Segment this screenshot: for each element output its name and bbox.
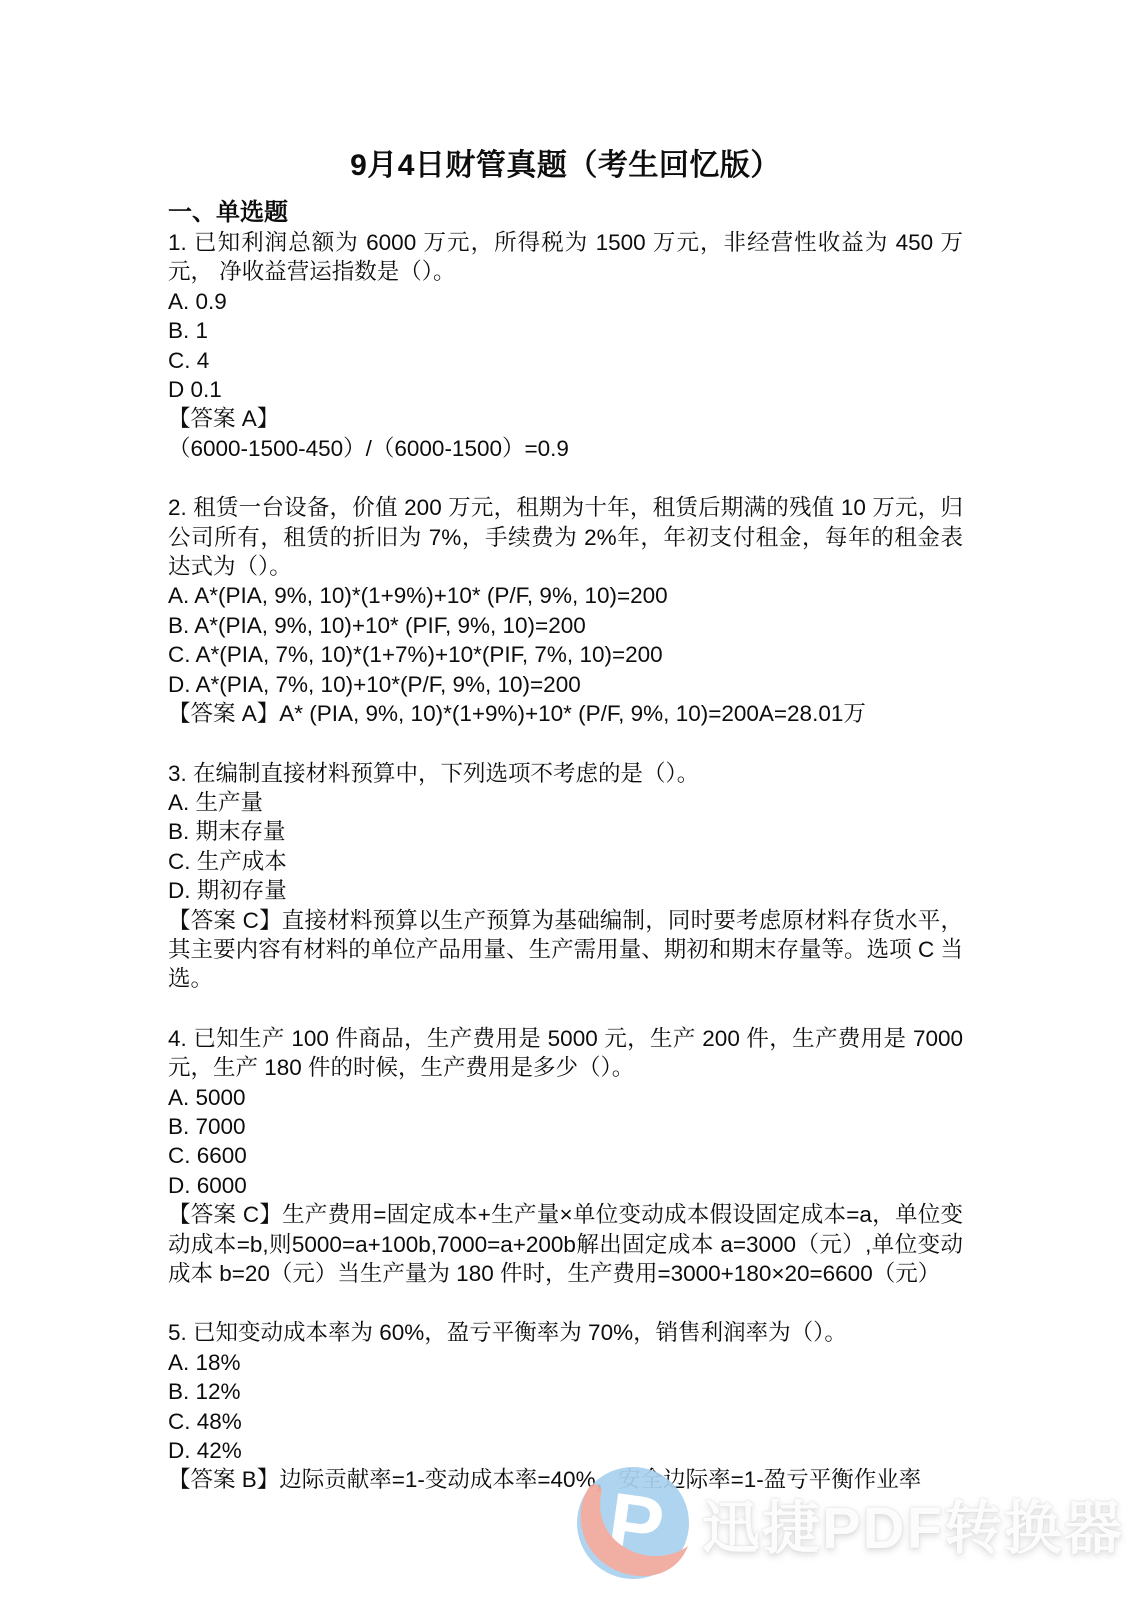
question-4: 4. 已知生产 100 件商品，生产费用是 5000 元，生产 200 件，生产…: [168, 1024, 963, 1289]
question-1-option-d: D 0.1: [168, 375, 963, 404]
document-title: 9月4日财管真题（考生回忆版）: [168, 148, 963, 184]
section-heading: 一、单选题: [168, 197, 963, 228]
question-3-option-c: C. 生产成本: [168, 847, 963, 876]
question-5-option-c: C. 48%: [168, 1407, 963, 1436]
question-3-answer: 【答案 C】直接材料预算以生产预算为基础编制，同时要考虑原材料存货水平，其主要内…: [168, 906, 963, 994]
document-page: 9月4日财管真题（考生回忆版） 一、单选题 1. 已知利润总额为 6000 万元…: [0, 0, 1131, 1600]
question-1-answer-detail: （6000-1500-450）/（6000-1500）=0.9: [168, 434, 963, 463]
question-1: 1. 已知利润总额为 6000 万元，所得税为 1500 万元，非经营性收益为 …: [168, 228, 963, 463]
question-5-option-b: B. 12%: [168, 1377, 963, 1406]
question-1-option-a: A. 0.9: [168, 287, 963, 316]
question-5-stem: 5. 已知变动成本率为 60%，盈亏平衡率为 70%，销售利润率为（）。: [168, 1318, 963, 1347]
question-4-stem: 4. 已知生产 100 件商品，生产费用是 5000 元，生产 200 件，生产…: [168, 1024, 963, 1083]
question-5-option-a: A. 18%: [168, 1348, 963, 1377]
question-4-option-c: C. 6600: [168, 1141, 963, 1170]
question-3: 3. 在编制直接材料预算中，下列选项不考虑的是（）。 A. 生产量 B. 期末存…: [168, 759, 963, 994]
question-4-option-d: D. 6000: [168, 1171, 963, 1200]
question-5-option-d: D. 42%: [168, 1436, 963, 1465]
question-4-answer: 【答案 C】生产费用=固定成本+生产量×单位变动成本假设固定成本=a，单位变动成…: [168, 1200, 963, 1288]
question-4-option-a: A. 5000: [168, 1083, 963, 1112]
question-1-stem: 1. 已知利润总额为 6000 万元，所得税为 1500 万元，非经营性收益为 …: [168, 228, 963, 287]
question-3-option-a: A. 生产量: [168, 788, 963, 817]
question-2: 2. 租赁一台设备，价值 200 万元，租期为十年，租赁后期满的残值 10 万元…: [168, 493, 963, 728]
question-4-option-b: B. 7000: [168, 1112, 963, 1141]
question-2-option-d: D. A*(PIA, 7%, 10)+10*(P/F, 9%, 10)=200: [168, 670, 963, 699]
question-3-option-b: B. 期末存量: [168, 817, 963, 846]
watermark: P 迅捷PDF转换器: [576, 1466, 1124, 1580]
question-1-option-b: B. 1: [168, 316, 963, 345]
question-2-option-a: A. A*(PIA, 9%, 10)*(1+9%)+10* (P/F, 9%, …: [168, 581, 963, 610]
question-3-stem: 3. 在编制直接材料预算中，下列选项不考虑的是（）。: [168, 759, 963, 788]
question-2-option-c: C. A*(PIA, 7%, 10)*(1+7%)+10*(PIF, 7%, 1…: [168, 640, 963, 669]
question-2-stem: 2. 租赁一台设备，价值 200 万元，租期为十年，租赁后期满的残值 10 万元…: [168, 493, 963, 581]
exam-content: 9月4日财管真题（考生回忆版） 一、单选题 1. 已知利润总额为 6000 万元…: [168, 148, 963, 1495]
question-2-option-b: B. A*(PIA, 9%, 10)+10* (PIF, 9%, 10)=200: [168, 611, 963, 640]
question-3-option-d: D. 期初存量: [168, 876, 963, 905]
question-1-answer-label: 【答案 A】: [168, 404, 963, 433]
question-1-option-c: C. 4: [168, 346, 963, 375]
pdf-converter-logo-icon: P: [576, 1466, 690, 1580]
question-2-answer: 【答案 A】A* (PIA, 9%, 10)*(1+9%)+10* (P/F, …: [168, 699, 963, 728]
watermark-text: 迅捷PDF转换器: [702, 1481, 1124, 1565]
